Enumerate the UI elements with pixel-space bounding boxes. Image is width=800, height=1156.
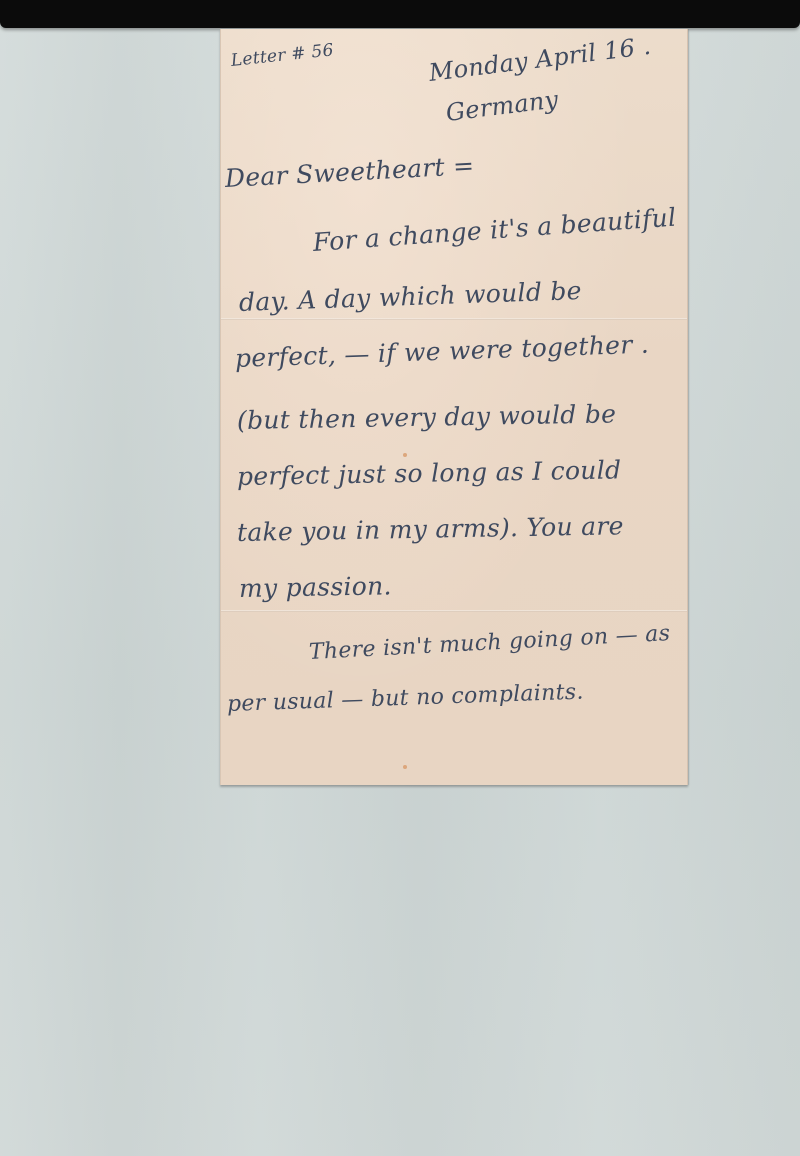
salutation: Dear Sweetheart = xyxy=(224,152,475,193)
body-line: perfect, — if we were together . xyxy=(235,331,650,373)
paper-fold-line xyxy=(221,318,687,320)
paper-stain xyxy=(403,453,407,457)
paper-fold-line xyxy=(221,610,687,612)
body-line: For a change it's a beautiful xyxy=(312,204,677,257)
body-line: (but then every day would be xyxy=(237,400,617,435)
letter-date: Monday April 16 . xyxy=(427,32,652,87)
handwritten-letter-page: Letter # 56 Monday April 16 . Germany De… xyxy=(220,29,688,785)
body-line: take you in my arms). You are xyxy=(237,512,624,547)
scanner-top-edge xyxy=(0,0,800,28)
body-line: perfect just so long as I could xyxy=(237,456,622,491)
paper-stain xyxy=(403,765,407,769)
body-line: per usual — but no complaints. xyxy=(227,679,585,719)
body-line: my passion. xyxy=(239,572,392,603)
body-line: There isn't much going on — as xyxy=(308,620,671,667)
body-line: day. A day which would be xyxy=(239,277,583,317)
letter-number: Letter # 56 xyxy=(230,40,335,71)
letter-location: Germany xyxy=(444,85,560,127)
